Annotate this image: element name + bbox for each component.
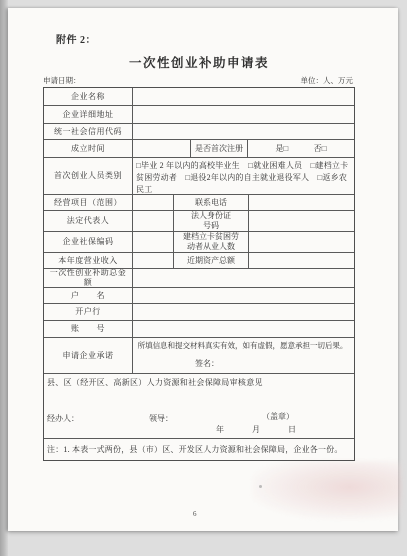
establish-date-label: 成立时间	[44, 140, 133, 157]
legal-rep-id-value-cell	[249, 211, 354, 231]
table-row: 县、区（经开区、高新区）人力资源和社会保障局审核意见 经办人： 领导： （盖章）…	[44, 374, 354, 439]
account-number-label: 账 号	[44, 321, 133, 337]
company-name-value-cell	[133, 88, 354, 105]
business-scope-value-cell	[133, 195, 174, 210]
social-security-code-value-cell	[133, 232, 174, 252]
apply-date-label: 申请日期：	[43, 75, 81, 86]
scan-speck	[259, 485, 262, 488]
contact-phone-label: 联系电话	[174, 195, 249, 210]
page-number: 6	[193, 510, 197, 518]
signature-label: 签名：	[195, 359, 219, 369]
year-month-day-label: 年 月 日	[216, 425, 297, 435]
annual-revenue-value-cell	[133, 253, 174, 268]
account-number-value-cell	[133, 321, 354, 337]
handler-label: 经办人：	[47, 414, 79, 424]
account-name-label: 户 名	[44, 288, 133, 303]
table-row: 本年度营业收入 近期资产总额	[44, 253, 354, 269]
unit-label: 单位：人、万元	[301, 75, 356, 86]
table-row: 法定代表人 法人身份证 号码	[44, 211, 354, 232]
bank-value-cell	[133, 304, 354, 320]
review-opinion-cell: 县、区（经开区、高新区）人力资源和社会保障局审核意见 经办人： 领导： （盖章）…	[44, 374, 354, 438]
company-name-label: 企业名称	[44, 88, 133, 105]
bank-label: 开户行	[44, 304, 133, 320]
table-row: 企业社保编码 建档立卡贫困劳 动者从业人数	[44, 232, 354, 253]
company-address-value-cell	[133, 106, 354, 123]
poor-worker-count-label: 建档立卡贫困劳 动者从业人数	[174, 232, 249, 252]
scanned-document-page: 附件 2： 一次性创业补助申请表 申请日期： 单位：人、万元 企业名称 企业详细…	[8, 8, 398, 531]
attachment-label: 附件 2：	[56, 31, 96, 46]
company-address-label: 企业详细地址	[44, 106, 133, 123]
founder-category-options: □毕业 2 年以内的高校毕业生 □就业困难人员 □建档立卡贫困劳动者 □退役2年…	[133, 158, 354, 194]
table-row: 开户行	[44, 304, 354, 321]
establish-date-value-cell	[133, 140, 191, 157]
meta-row: 申请日期： 单位：人、万元	[43, 75, 355, 86]
no-checkbox-option: 否□	[314, 144, 327, 154]
legal-rep-id-label: 法人身份证 号码	[174, 211, 249, 231]
annual-revenue-label: 本年度营业收入	[44, 253, 133, 268]
recent-assets-label: 近期资产总额	[174, 253, 249, 268]
first-register-label: 是否首次注册	[191, 140, 248, 157]
table-row: 成立时间 是否首次注册 是□ 否□	[44, 140, 354, 158]
commitment-text: 所填信息和提交材料真实有效，如有虚假，愿意承担一切后果。	[135, 341, 350, 350]
first-register-options-cell: 是□ 否□	[248, 140, 354, 157]
footnote: 注：1. 本表一式两份，县（市）区、开发区人力资源和社会保障局，企业各一份。	[44, 439, 354, 460]
review-title: 县、区（经开区、高新区）人力资源和社会保障局审核意见	[47, 378, 263, 388]
credit-code-value-cell	[133, 124, 354, 139]
yes-checkbox-option: 是□	[275, 144, 288, 154]
table-row: 账 号	[44, 321, 354, 338]
form-title: 一次性创业补助申请表	[43, 53, 355, 71]
table-row: 经营项目（范围） 联系电话	[44, 195, 354, 211]
founder-category-label: 首次创业人员类别	[44, 158, 133, 194]
social-security-code-label: 企业社保编码	[44, 232, 133, 252]
table-row: 首次创业人员类别 □毕业 2 年以内的高校毕业生 □就业困难人员 □建档立卡贫困…	[44, 158, 354, 195]
table-row: 企业详细地址	[44, 106, 354, 124]
poor-worker-count-value-cell	[249, 232, 354, 252]
contact-phone-value-cell	[249, 195, 354, 210]
subsidy-total-label: 一次性创业补助总金额	[44, 269, 133, 287]
business-scope-label: 经营项目（范围）	[44, 195, 133, 210]
credit-code-label: 统一社会信用代码	[44, 124, 133, 139]
commitment-cell: 所填信息和提交材料真实有效，如有虚假，愿意承担一切后果。 签名：	[133, 338, 354, 373]
seal-label: （盖章）	[262, 412, 294, 422]
table-row: 一次性创业补助总金额	[44, 269, 354, 288]
table-row: 企业名称	[44, 88, 354, 106]
table-row: 统一社会信用代码	[44, 124, 354, 140]
commitment-label: 申请企业承诺	[44, 338, 133, 373]
scan-artifact-blob	[252, 461, 402, 519]
legal-rep-value-cell	[133, 211, 174, 231]
scan-edge-shadow	[0, 0, 8, 556]
recent-assets-value-cell	[249, 253, 354, 268]
table-row: 注：1. 本表一式两份，县（市）区、开发区人力资源和社会保障局，企业各一份。	[44, 439, 354, 460]
account-name-value-cell	[133, 288, 354, 303]
application-form-table: 企业名称 企业详细地址 统一社会信用代码 成立时间 是否首次注册 是□ 否□ 首…	[43, 87, 355, 461]
subsidy-total-value-cell	[133, 269, 354, 287]
table-row: 户 名	[44, 288, 354, 304]
table-row: 申请企业承诺 所填信息和提交材料真实有效，如有虚假，愿意承担一切后果。 签名：	[44, 338, 354, 374]
legal-rep-label: 法定代表人	[44, 211, 133, 231]
leader-label: 领导：	[149, 414, 173, 424]
